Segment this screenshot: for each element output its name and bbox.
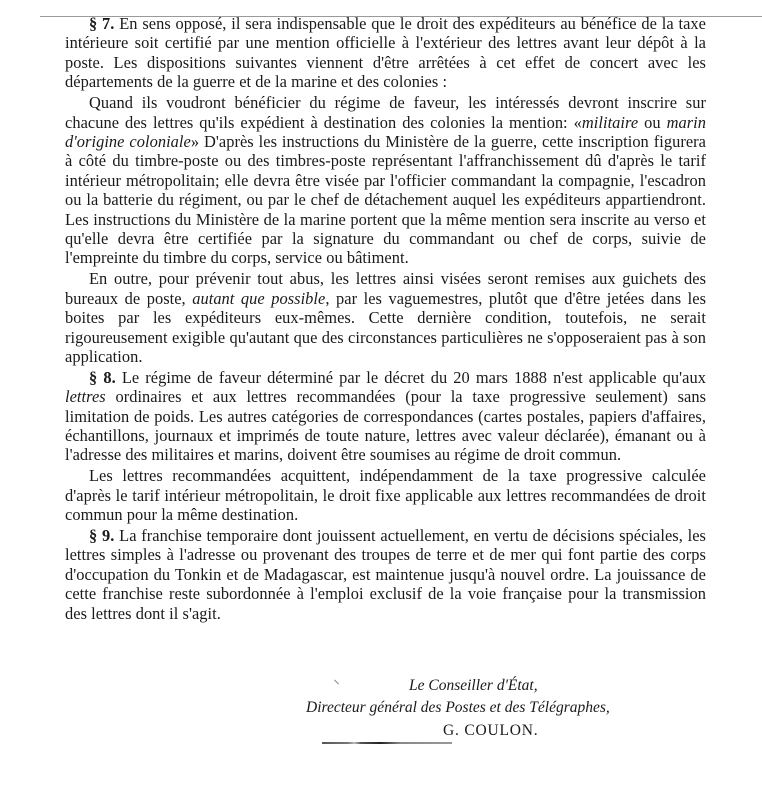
closing-rule (322, 742, 452, 744)
paragraph-text: En sens opposé, il sera indispensable qu… (65, 14, 706, 91)
section-marker: § 9. (89, 526, 114, 545)
paragraph-section-8: § 8. Le régime de faveur déterminé par l… (65, 368, 706, 465)
paragraph-text: ordinaires et aux lettres recommandées (… (65, 387, 706, 464)
paragraph-abuse-prevention: En outre, pour prévenir tout abus, les l… (65, 269, 706, 366)
signatory-name: G. COULON. (443, 721, 538, 741)
paragraph-registered-letters: Les lettres recommandées acquittent, ind… (65, 466, 706, 524)
italic-text: autant que possible (192, 289, 325, 308)
paragraph-conditions: Quand ils voudront bénéficier du régime … (65, 93, 706, 268)
paragraph-text: » D'après les instructions du Ministère … (65, 132, 706, 267)
signature-role: Directeur général des Postes et des Télé… (306, 698, 610, 718)
paragraph-section-9: § 9. La franchise temporaire dont jouiss… (65, 526, 706, 623)
italic-text: lettres (65, 387, 106, 406)
italic-text: militaire (582, 113, 638, 132)
section-marker: § 7. (89, 14, 114, 33)
paragraph-section-7: § 7. En sens opposé, il sera indispensab… (65, 14, 706, 92)
paragraph-text: ou (638, 113, 666, 132)
document-body: § 7. En sens opposé, il sera indispensab… (65, 14, 706, 625)
paragraph-text: Les lettres recommandées acquittent, ind… (65, 466, 706, 524)
section-marker: § 8. (89, 368, 116, 387)
paragraph-text: La franchise temporaire dont jouissent a… (65, 526, 706, 623)
paragraph-text: Le régime de faveur déterminé par le déc… (116, 368, 706, 387)
signature-title: Le Conseiller d'État, (409, 676, 538, 696)
print-speck (334, 680, 339, 685)
